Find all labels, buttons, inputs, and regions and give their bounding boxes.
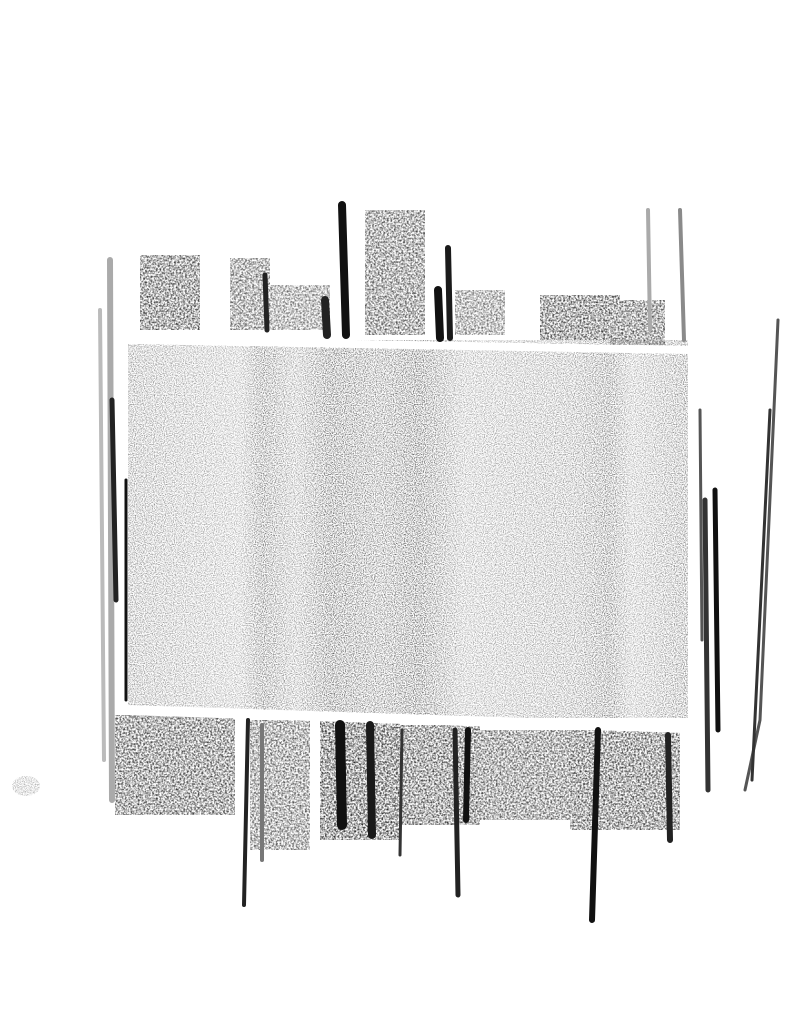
central-rubbed-panel: [128, 340, 688, 718]
smudge-mark: [12, 776, 40, 796]
charcoal-rubbing-artwork: [0, 0, 791, 1024]
